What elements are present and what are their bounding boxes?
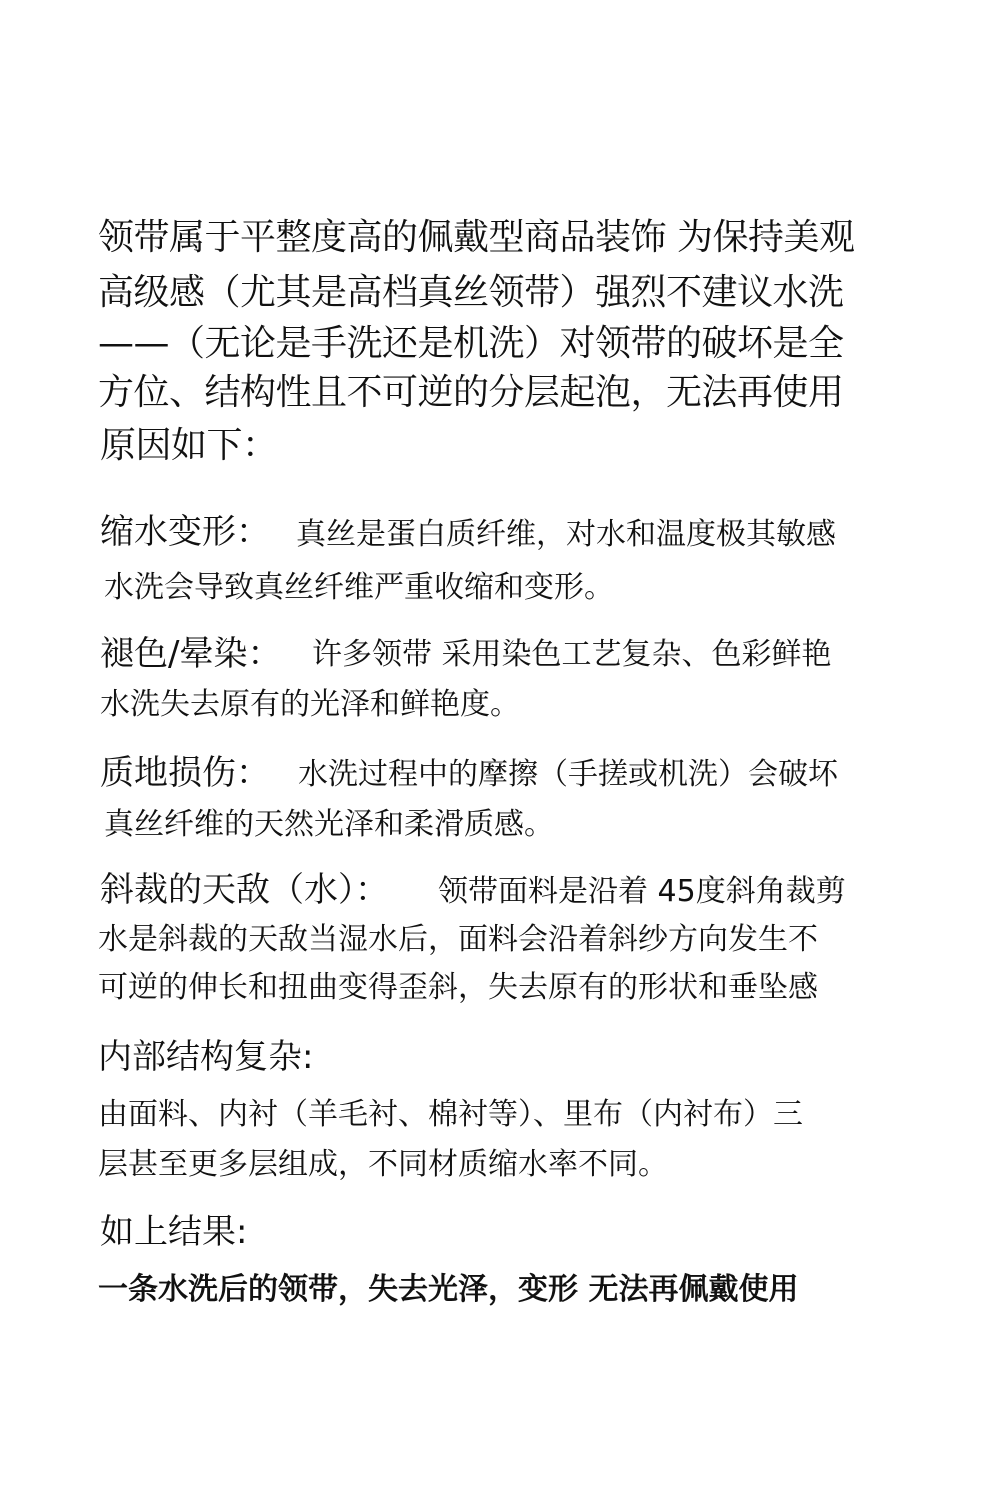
reason-text: 层甚至更多层组成，不同材质缩水率不同。 xyxy=(98,1150,668,1180)
intro-line: 方位、结构性且不可逆的分层起泡，无法再使用 xyxy=(98,375,844,411)
reason-title: 质地损伤： xyxy=(100,756,270,790)
intro-line: 领带属于平整度高的佩戴型商品装饰 为保持美观 xyxy=(98,220,854,256)
reason-text: 真丝是蛋白质纤维，对水和温度极其敏感 xyxy=(296,520,836,550)
intro-reasons-label: 原因如下： xyxy=(100,428,278,464)
reason-text: 真丝纤维的天然光泽和柔滑质感。 xyxy=(104,810,554,840)
reason-text: 可逆的伸长和扭曲变得歪斜，失去原有的形状和垂坠感 xyxy=(98,973,818,1003)
reason-text: 领带面料是沿着 45度斜角裁剪 xyxy=(438,877,846,907)
conclusion-title: 如上结果: xyxy=(100,1215,247,1249)
reason-title: 内部结构复杂: xyxy=(98,1040,313,1074)
reason-text: 由面料、内衬（羊毛衬、棉衬等）、里布（内衬布）三 xyxy=(98,1100,803,1130)
reason-text: 水洗过程中的摩擦（手搓或机洗）会破坏 xyxy=(298,760,838,790)
reason-text: 水洗会导致真丝纤维严重收缩和变形。 xyxy=(104,573,614,603)
reason-text: 水洗失去原有的光泽和鲜艳度。 xyxy=(100,690,520,720)
conclusion-text: 一条水洗后的领带，失去光泽，变形 无法再佩戴使用 xyxy=(98,1275,798,1305)
reason-title: 斜裁的天敌（水）： xyxy=(100,873,389,907)
reason-text: 许多领带 采用染色工艺复杂、色彩鲜艳 xyxy=(312,640,832,670)
reason-title: 缩水变形： xyxy=(100,515,270,549)
reason-title: 褪色/晕染： xyxy=(100,637,281,671)
intro-line: 高级感（尤其是高档真丝领带）强烈不建议水洗 xyxy=(98,275,844,311)
reason-text: 水是斜裁的天敌当湿水后，面料会沿着斜纱方向发生不 xyxy=(98,925,818,955)
intro-line: ——（无论是手洗还是机洗）对领带的破坏是全 xyxy=(98,326,844,362)
